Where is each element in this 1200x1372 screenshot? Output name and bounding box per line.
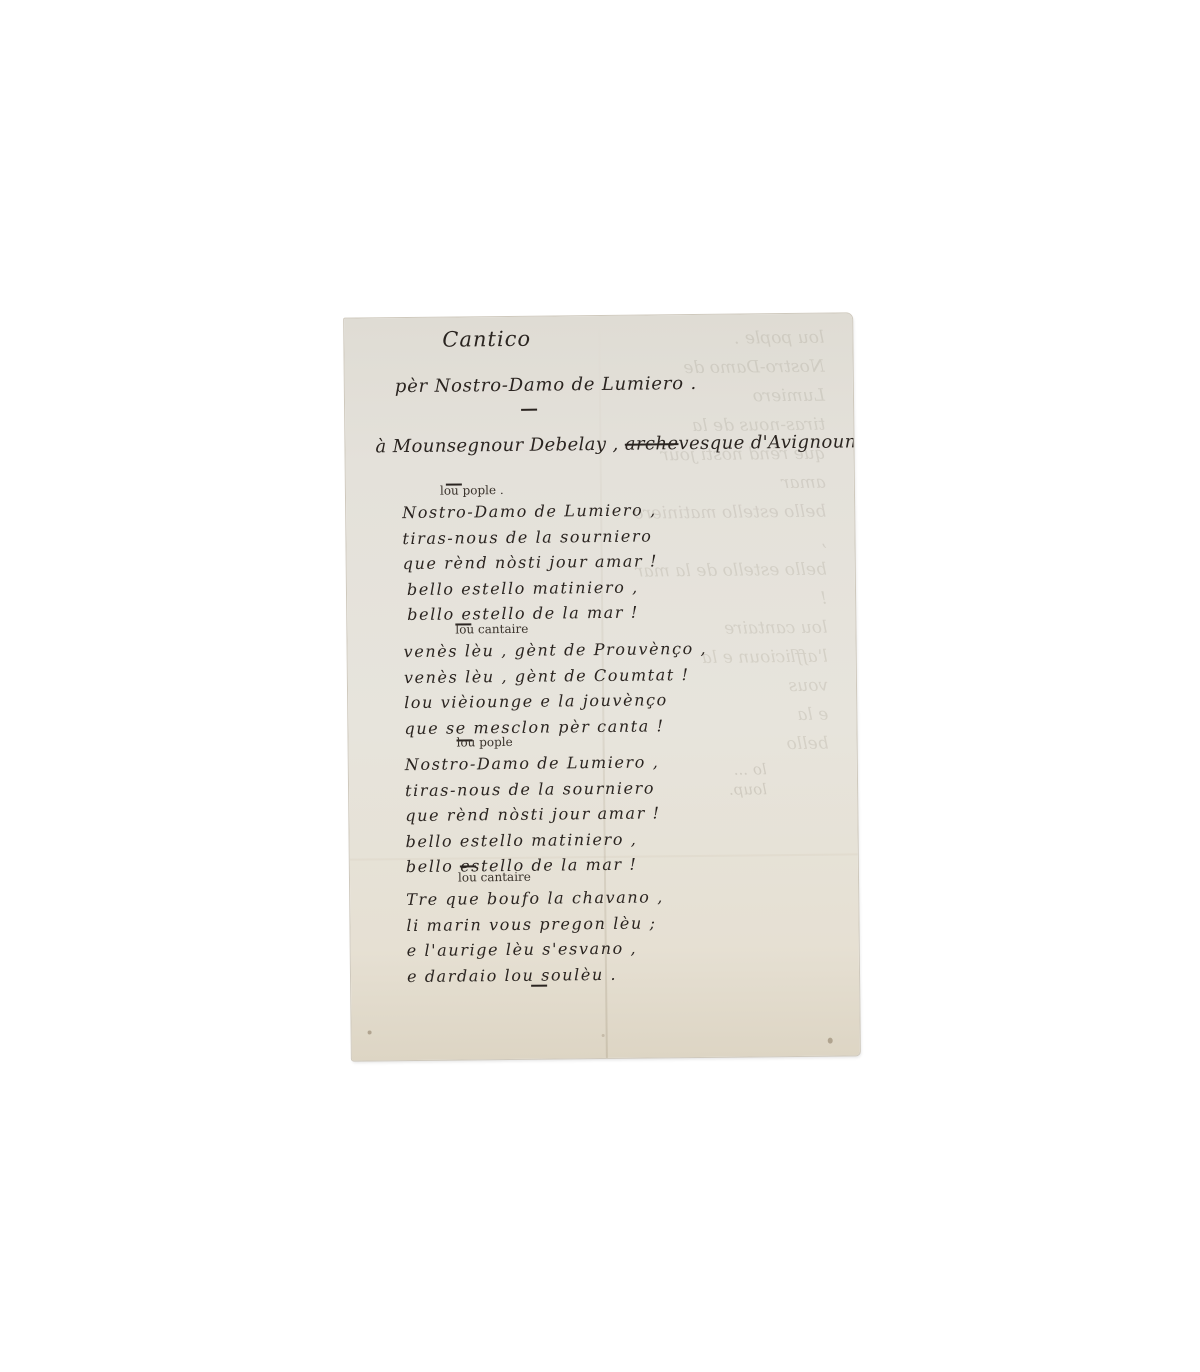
page-background: lou pople . Nostro-Damo de Lumiero tiras… [0, 0, 1200, 1372]
verse-line: bello estello matiniero , [403, 574, 659, 602]
separator-dash [521, 409, 537, 411]
margin-note-line: lo ... [729, 759, 767, 779]
verse-line: que rènd nòsti jour amar ! [403, 548, 659, 576]
margin-note-line: loup. [729, 779, 767, 799]
paper-stain [602, 1034, 605, 1037]
show-through-margin-note: lo ... loup. [729, 759, 767, 799]
verse-line: que rènd nòsti jour amar ! [405, 800, 661, 828]
stanza-2: lou cantaire venès lèu , gènt de Prouvèn… [403, 620, 708, 741]
show-through-line: lou pople . [624, 324, 824, 355]
verse-line: Tre que boufo la chavano , [406, 884, 664, 912]
dedication-text-end: vesque d'Avignoun. [678, 431, 859, 454]
stanza-3: lou pople Nostro-Damo de Lumiero , tiras… [405, 733, 662, 879]
dedication-text: à Mounsegnour Debelay , [375, 434, 625, 458]
speaker-label: lou cantaire [458, 868, 664, 885]
manuscript-subtitle: pèr Nostro-Damo de Lumiero . [395, 373, 697, 397]
manuscript-title: Cantico [442, 327, 531, 352]
speaker-label: lou cantaire [455, 620, 707, 638]
separator-dash [460, 865, 476, 867]
verse-line: tiras-nous de la sourniero [405, 775, 661, 803]
separator-dash [531, 985, 547, 987]
verse-line: tiras-nous de la sourniero [402, 523, 658, 551]
verse-line: e l'aurige lèu s'esvano , [407, 935, 665, 963]
verse-line: Nostro-Damo de Lumiero , [405, 749, 661, 777]
verse-line: venès lèu , gènt de Prouvènço , [403, 636, 707, 665]
verse-line: bello estello matiniero , [405, 826, 661, 854]
paper-stain [828, 1038, 833, 1044]
stanza-4: lou cantaire Tre que boufo la chavano , … [406, 868, 665, 989]
struck-text: arche [625, 433, 679, 455]
speaker-label: lou pople [457, 733, 660, 750]
paper-stain [368, 1030, 372, 1034]
verse-line: Nostro-Damo de Lumiero , [402, 497, 658, 525]
stanza-1: lou pople . Nostro-Damo de Lumiero , tir… [402, 481, 659, 627]
speaker-label: lou pople . [440, 481, 657, 498]
verse-line: li marin vous pregon lèu ; [406, 910, 664, 938]
dedication: à Mounsegnour Debelay , archevesque d'Av… [375, 431, 860, 457]
verse-line: venès lèu , gènt de Coumtat ! [404, 661, 708, 690]
manuscript-sheet: lou pople . Nostro-Damo de Lumiero tiras… [344, 313, 860, 1060]
verse-line: lou vièiounge e la jouvènço [404, 687, 708, 716]
